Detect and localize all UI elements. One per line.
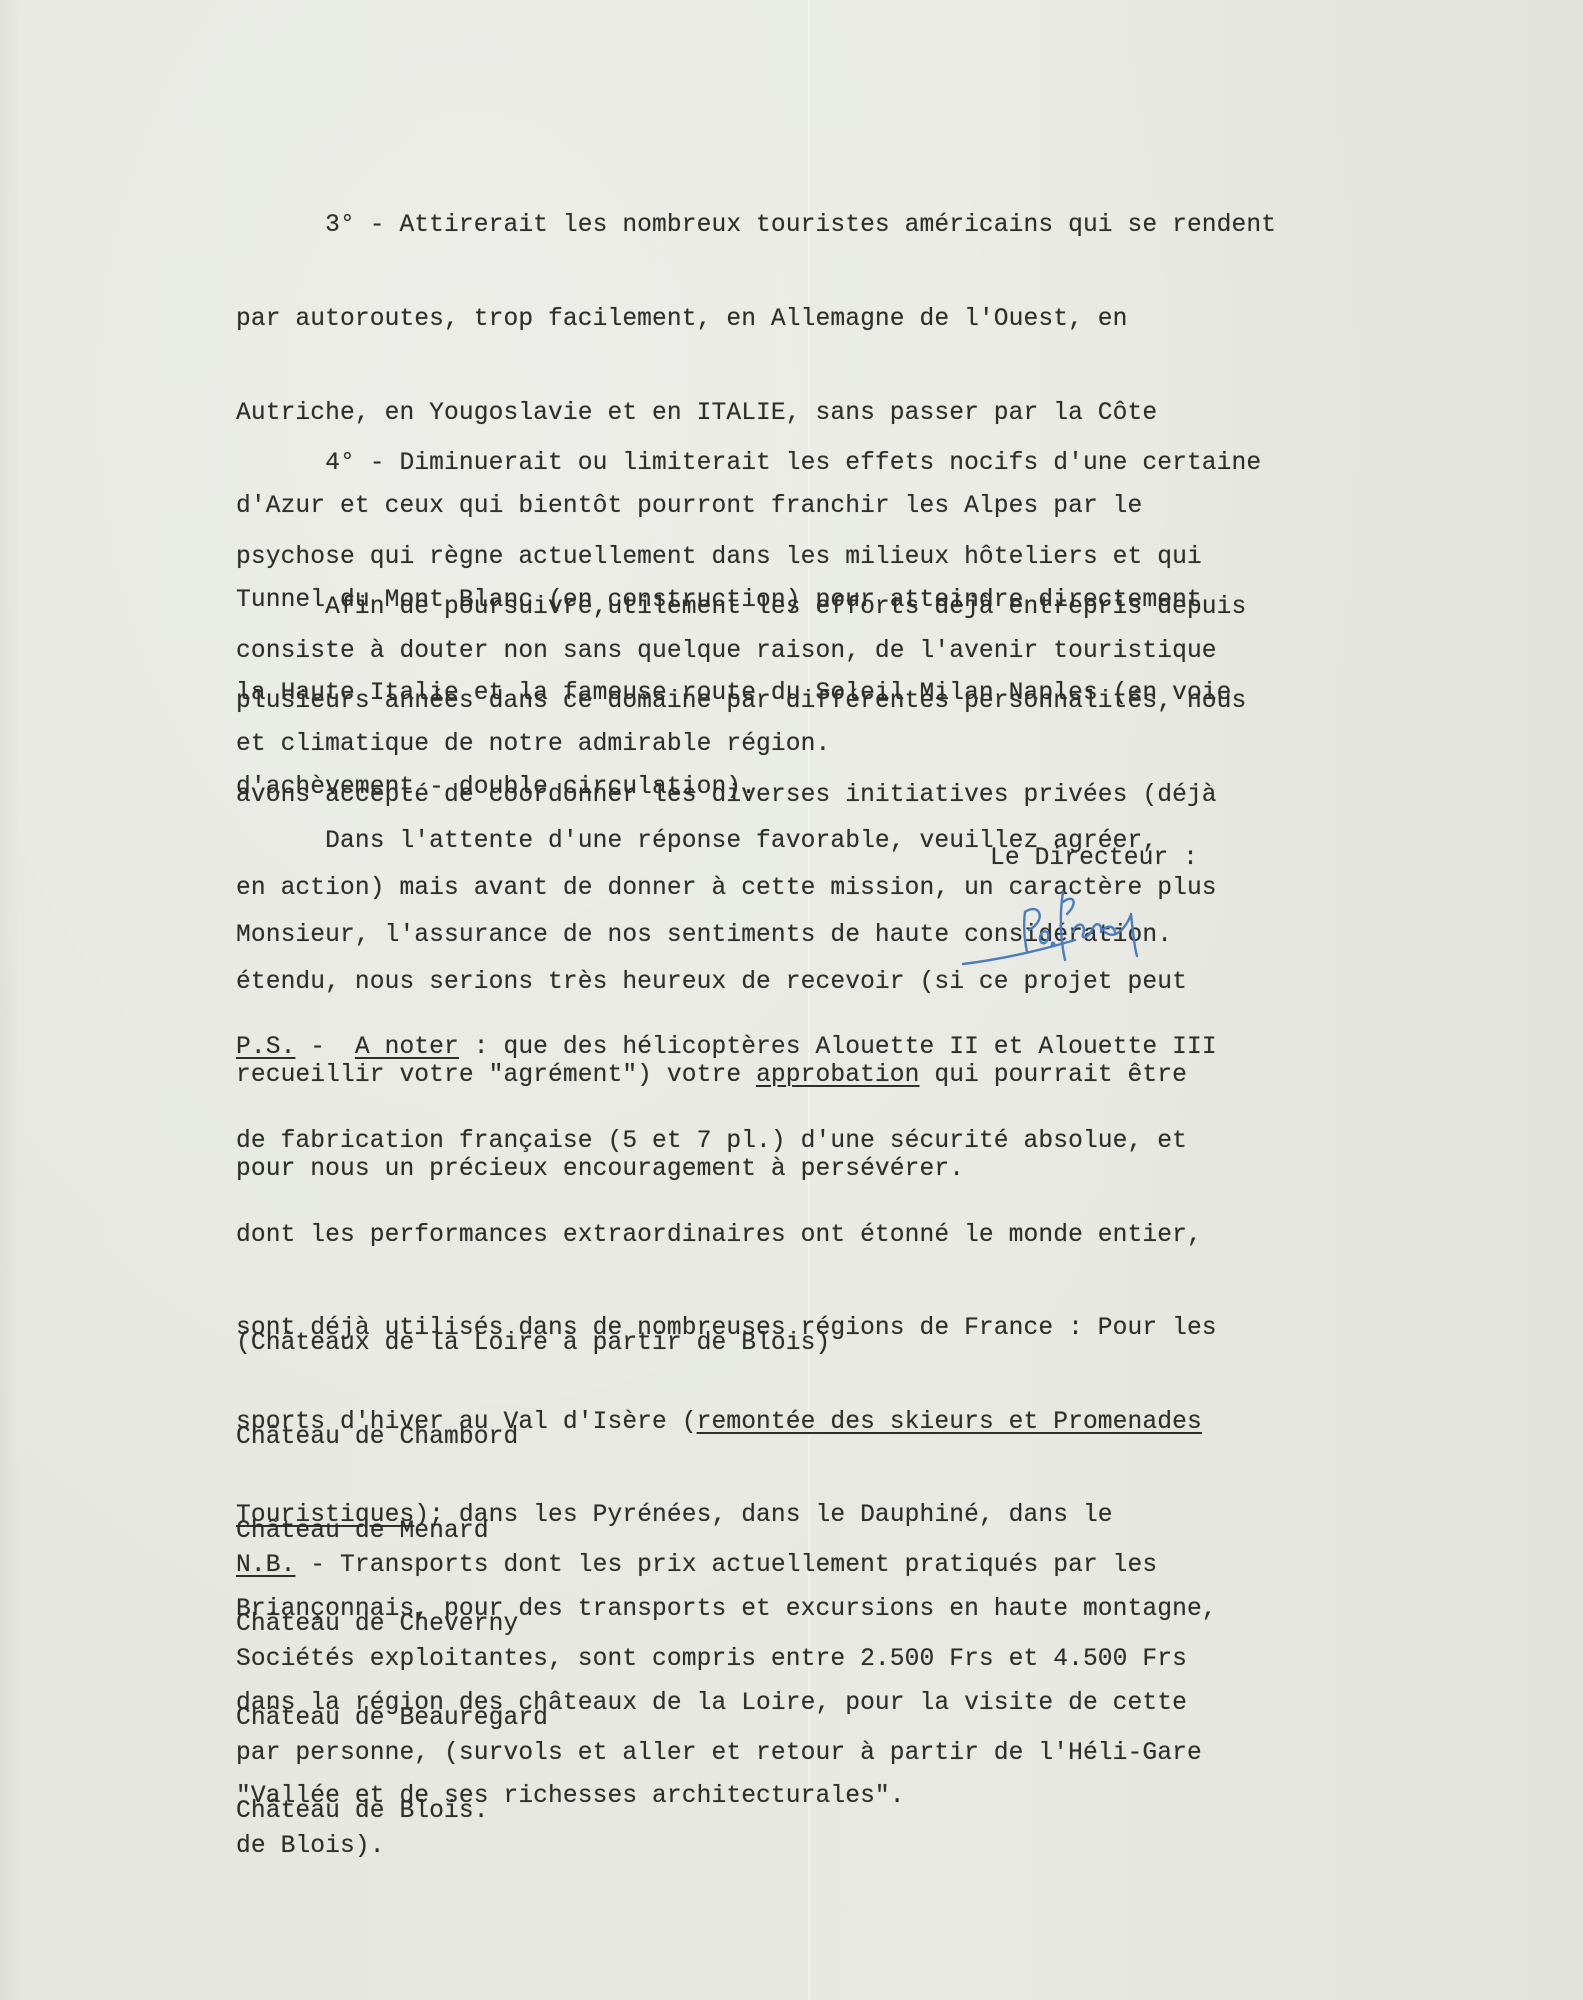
handwritten-signature <box>955 872 1195 972</box>
text-line: Sociétés exploitantes, sont compris entr… <box>236 1644 1566 1675</box>
text-line: Dans l'attente d'une réponse favorable, … <box>236 826 1566 857</box>
text-line: N.B. - Transports dont les prix actuelle… <box>236 1550 1566 1581</box>
ps-label: P.S. <box>236 1034 295 1061</box>
nb-label: N.B. <box>236 1552 295 1579</box>
text-line: par personne, (survols et aller et retou… <box>236 1738 1566 1769</box>
text-line: par autoroutes, trop facilement, en Alle… <box>236 304 1566 335</box>
text-segment: : que des hélicoptères Alouette II et Al… <box>459 1034 1217 1061</box>
text-line: plusieurs années dans ce domaine par dif… <box>236 686 1566 717</box>
text-line: de Blois). <box>236 1831 1566 1862</box>
text-line: de fabrication française (5 et 7 pl.) d'… <box>236 1126 1566 1157</box>
text-line: Monsieur, l'assurance de nos sentiments … <box>236 920 1566 951</box>
list-item: Château de Chambord <box>236 1422 1566 1453</box>
note-label: A noter <box>355 1034 459 1061</box>
text-line: P.S. - A noter : que des hélicoptères Al… <box>236 1032 1566 1063</box>
text-line: Afin de poursuivre,utilement les efforts… <box>236 592 1566 623</box>
text-line: 4° - Diminuerait ou limiterait les effet… <box>236 448 1566 479</box>
text-segment: - <box>295 1034 354 1061</box>
letter-page: 3° - Attirerait les nombreux touristes a… <box>0 0 1583 2000</box>
text-line: dont les performances extraordinaires on… <box>236 1220 1566 1251</box>
chateaux-heading: (Châteaux de la Loire à partir de Blois) <box>236 1328 1566 1359</box>
nota-bene: N.B. - Transports dont les prix actuelle… <box>236 1488 1566 1925</box>
signatory-title: Le Directeur : <box>990 843 1290 874</box>
text-line: 3° - Attirerait les nombreux touristes a… <box>236 210 1566 241</box>
text-segment: - Transports dont les prix actuellement … <box>295 1552 1157 1579</box>
